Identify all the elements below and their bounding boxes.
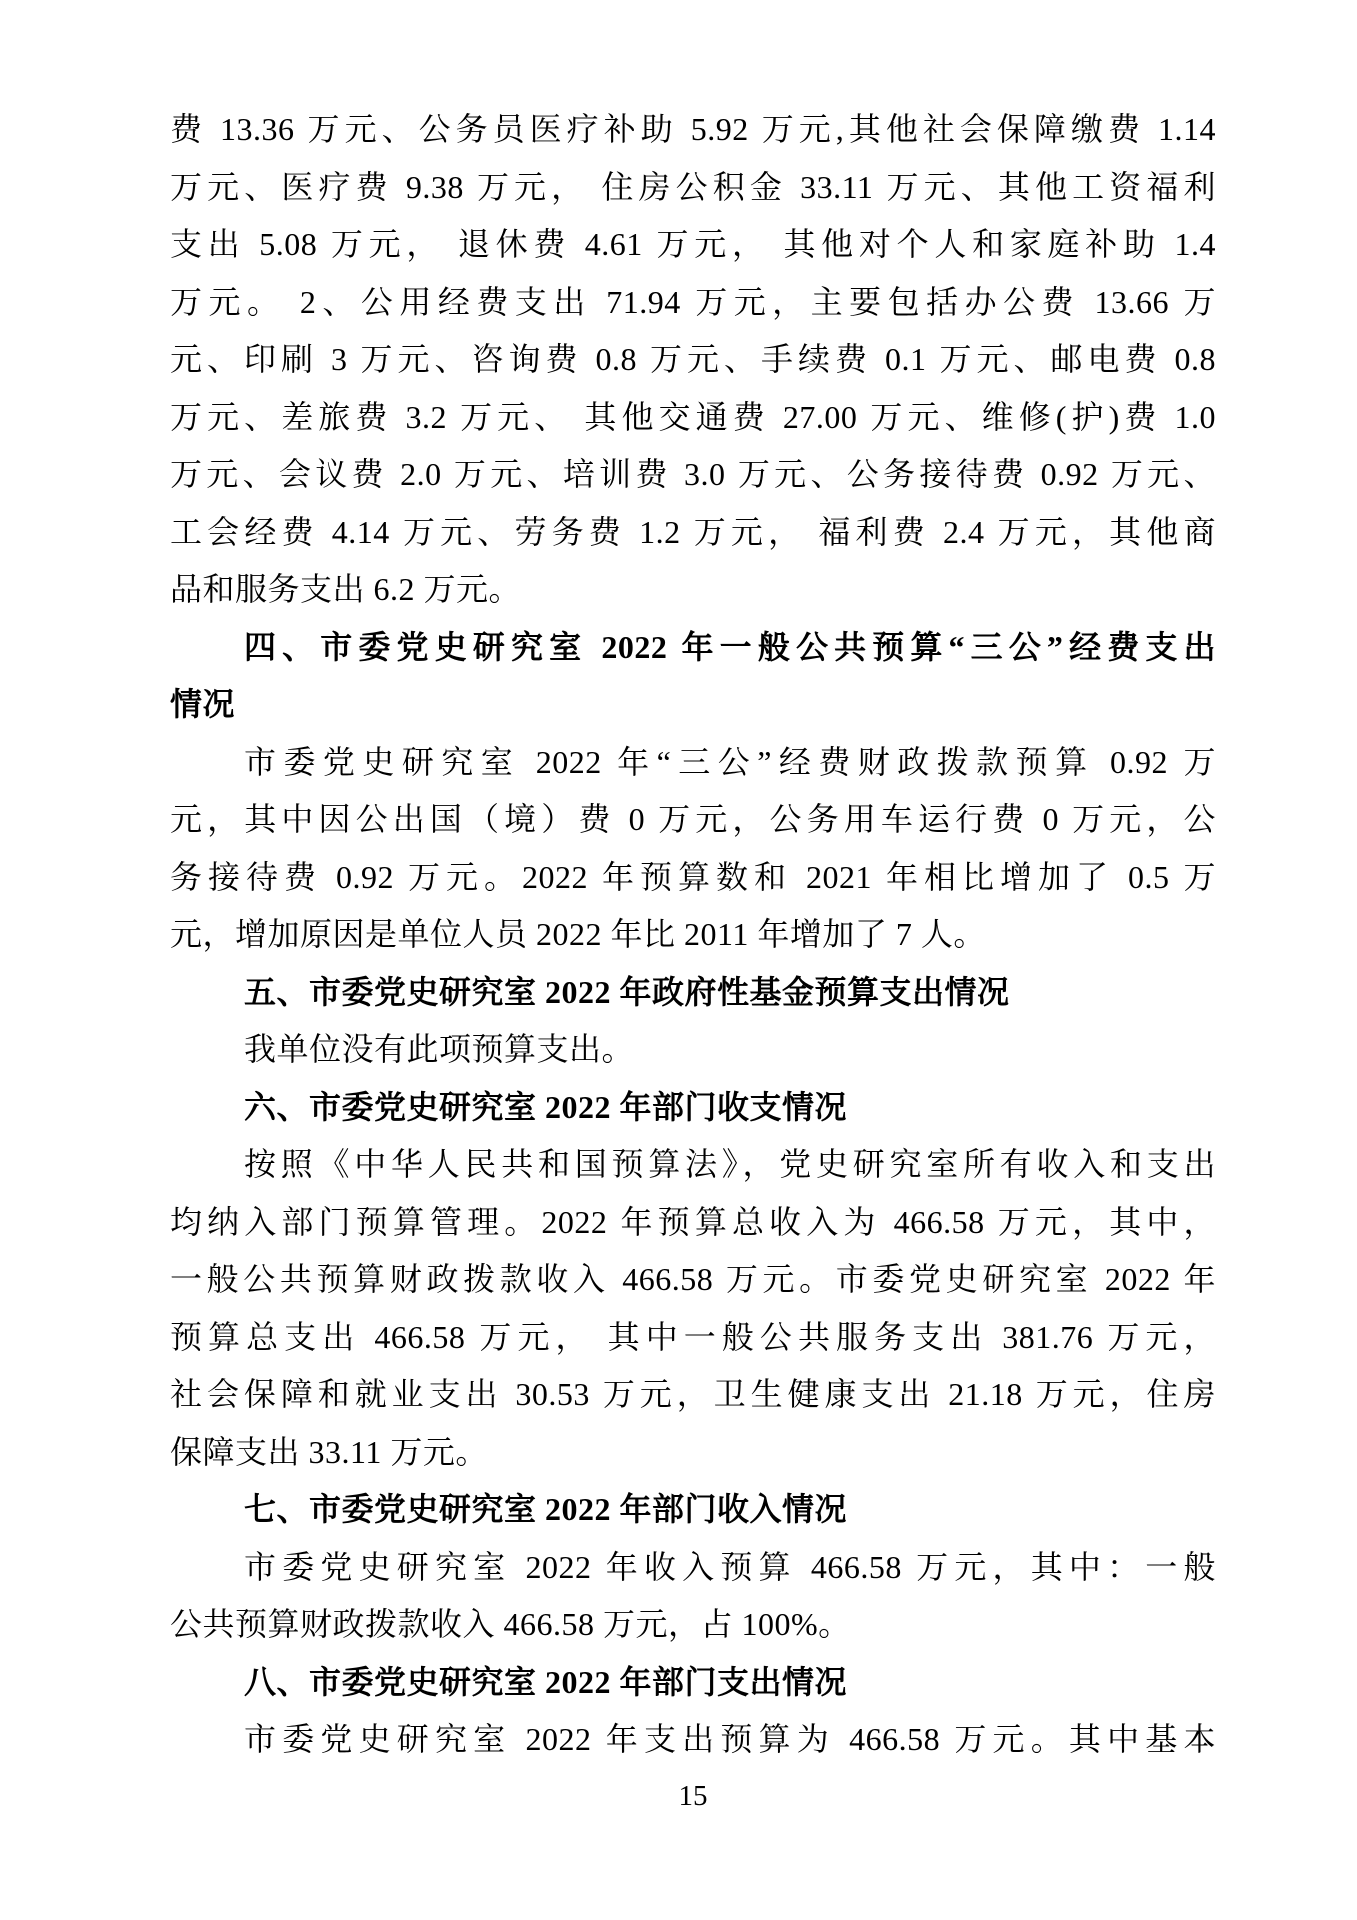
text-line: 万元、会议费 2.0 万元、培训费 3.0 万元、公务接待费 0.92 万元、 bbox=[170, 446, 1216, 504]
text-line: 万元。 2、公用经费支出 71.94 万元，主要包括办公费 13.66 万 bbox=[170, 274, 1216, 332]
text-line: 保障支出 33.11 万元。 bbox=[170, 1424, 1216, 1482]
text-line: 费 13.36 万元、公务员医疗补助 5.92 万元,其他社会保障缴费 1.14 bbox=[170, 101, 1216, 159]
text-line: 务接待费 0.92 万元。2022 年预算数和 2021 年相比增加了 0.5 … bbox=[170, 849, 1216, 907]
text-line: 市委党史研究室 2022 年收入预算 466.58 万元，其中：一般 bbox=[170, 1539, 1216, 1597]
document-page: 费 13.36 万元、公务员医疗补助 5.92 万元,其他社会保障缴费 1.14… bbox=[0, 0, 1357, 1920]
text-line: 均纳入部门预算管理。2022 年预算总收入为 466.58 万元，其中， bbox=[170, 1194, 1216, 1252]
heading-line: 八、市委党史研究室 2022 年部门支出情况 bbox=[170, 1654, 1216, 1712]
heading-line: 六、市委党史研究室 2022 年部门收支情况 bbox=[170, 1079, 1216, 1137]
heading-line: 情况 bbox=[170, 676, 1216, 734]
text-line: 元，其中因公出国（境）费 0 万元，公务用车运行费 0 万元，公 bbox=[170, 791, 1216, 849]
text-line: 按照《中华人民共和国预算法》，党史研究室所有收入和支出 bbox=[170, 1136, 1216, 1194]
text-line: 市委党史研究室 2022 年“三公”经费财政拨款预算 0.92 万 bbox=[170, 734, 1216, 792]
text-line: 支出 5.08 万元， 退休费 4.61 万元， 其他对个人和家庭补助 1.4 bbox=[170, 216, 1216, 274]
text-line: 一般公共预算财政拨款收入 466.58 万元。市委党史研究室 2022 年 bbox=[170, 1251, 1216, 1309]
page-number: 15 bbox=[170, 1776, 1216, 1816]
text-line: 万元、差旅费 3.2 万元、 其他交通费 27.00 万元、维修(护)费 1.0 bbox=[170, 389, 1216, 447]
text-line: 预算总支出 466.58 万元， 其中一般公共服务支出 381.76 万元， bbox=[170, 1309, 1216, 1367]
text-line: 元，增加原因是单位人员 2022 年比 2011 年增加了 7 人。 bbox=[170, 906, 1216, 964]
text-line: 市委党史研究室 2022 年支出预算为 466.58 万元。其中基本 bbox=[170, 1711, 1216, 1769]
text-line: 工会经费 4.14 万元、劳务费 1.2 万元， 福利费 2.4 万元，其他商 bbox=[170, 504, 1216, 562]
document-text: 费 13.36 万元、公务员医疗补助 5.92 万元,其他社会保障缴费 1.14… bbox=[170, 101, 1216, 1769]
heading-line: 五、市委党史研究室 2022 年政府性基金预算支出情况 bbox=[170, 964, 1216, 1022]
heading-line: 四、市委党史研究室 2022 年一般公共预算“三公”经费支出 bbox=[170, 619, 1216, 677]
text-line: 万元、医疗费 9.38 万元， 住房公积金 33.11 万元、其他工资福利 bbox=[170, 159, 1216, 217]
heading-line: 七、市委党史研究室 2022 年部门收入情况 bbox=[170, 1481, 1216, 1539]
text-line: 我单位没有此项预算支出。 bbox=[170, 1021, 1216, 1079]
text-line: 元、印刷 3 万元、咨询费 0.8 万元、手续费 0.1 万元、邮电费 0.8 bbox=[170, 331, 1216, 389]
text-line: 品和服务支出 6.2 万元。 bbox=[170, 561, 1216, 619]
text-line: 社会保障和就业支出 30.53 万元，卫生健康支出 21.18 万元，住房 bbox=[170, 1366, 1216, 1424]
text-line: 公共预算财政拨款收入 466.58 万元，占 100%。 bbox=[170, 1596, 1216, 1654]
